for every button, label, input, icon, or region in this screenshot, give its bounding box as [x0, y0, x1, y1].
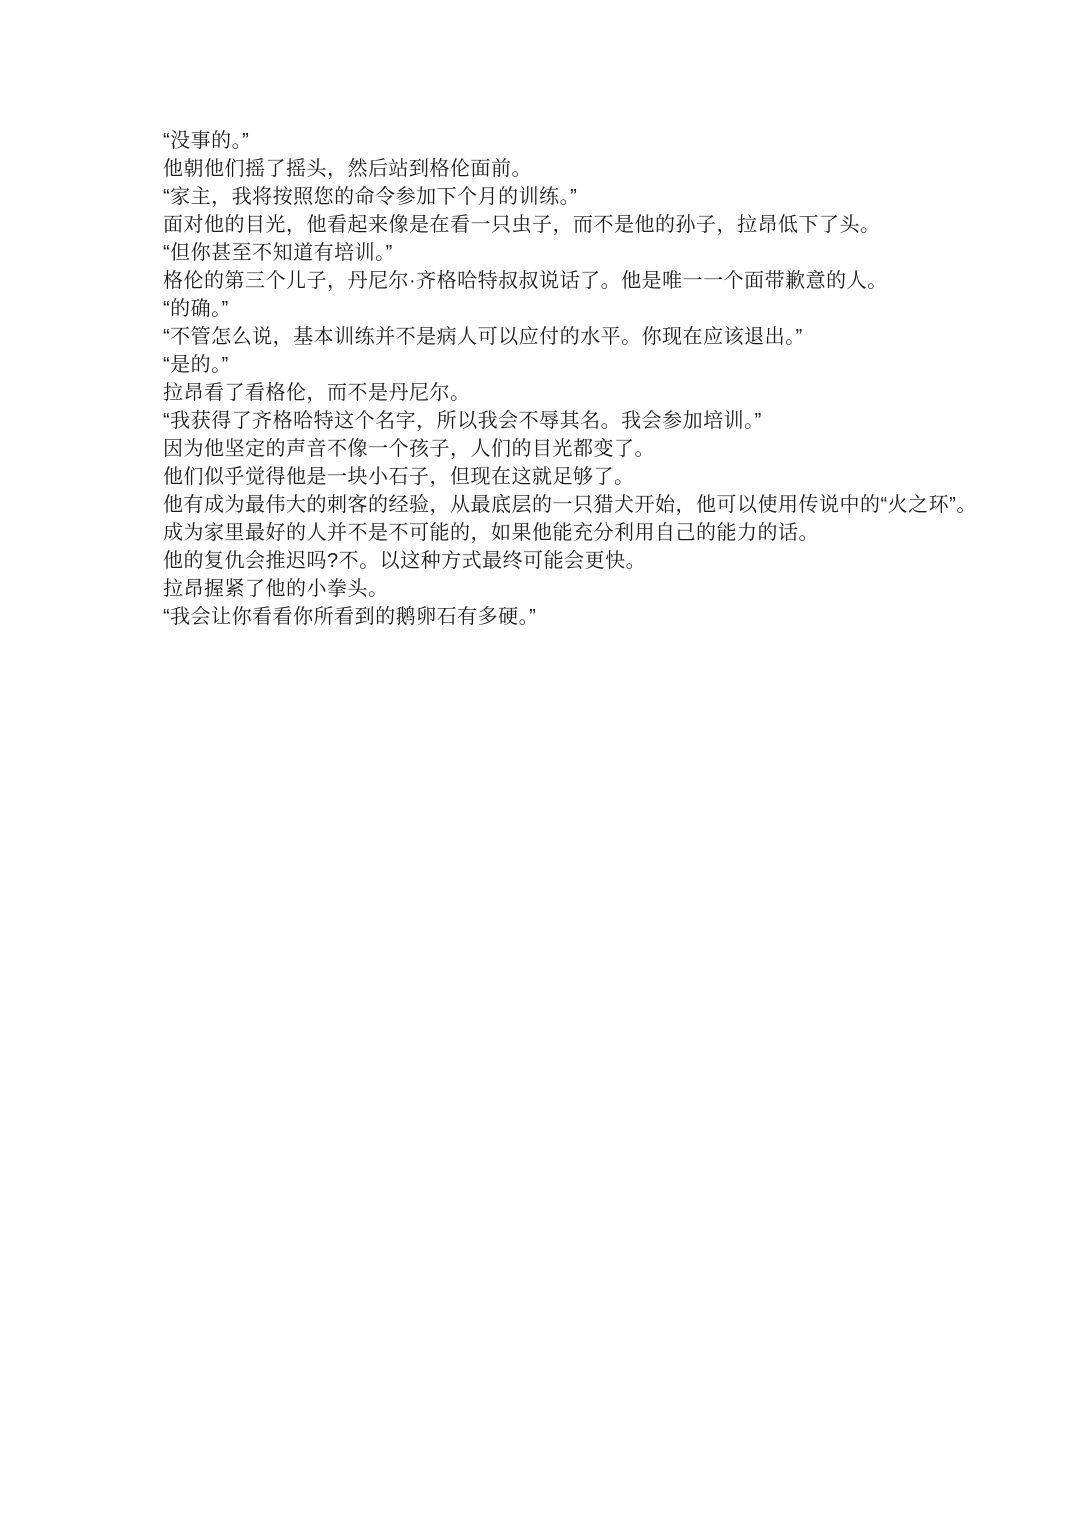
text-block: “没事的。” 他朝他们摇了摇头，然后站到格伦面前。 “家主，我将按照您的命令参加…	[163, 127, 943, 631]
text-line: “但你甚至不知道有培训。”	[163, 239, 943, 267]
text-line: “不管怎么说，基本训练并不是病人可以应付的水平。你现在应该退出。”	[163, 323, 943, 351]
text-line: 拉昂看了看格伦，而不是丹尼尔。	[163, 379, 943, 407]
text-line: 格伦的第三个儿子，丹尼尔·齐格哈特叔叔说话了。他是唯一一个面带歉意的人。	[163, 267, 943, 295]
text-line: 因为他坚定的声音不像一个孩子，人们的目光都变了。	[163, 435, 943, 463]
text-line: 拉昂握紧了他的小拳头。	[163, 575, 943, 603]
text-line: 成为家里最好的人并不是不可能的，如果他能充分利用自己的能力的话。	[163, 519, 943, 547]
text-line: “的确。”	[163, 295, 943, 323]
text-line: “我获得了齐格哈特这个名字，所以我会不辱其名。我会参加培训。”	[163, 407, 943, 435]
text-line: 他有成为最伟大的刺客的经验，从最底层的一只猎犬开始，他可以使用传说中的“火之环”…	[163, 491, 943, 519]
text-line: 他们似乎觉得他是一块小石子，但现在这就足够了。	[163, 463, 943, 491]
text-line: “是的。”	[163, 351, 943, 379]
document-page: “没事的。” 他朝他们摇了摇头，然后站到格伦面前。 “家主，我将按照您的命令参加…	[0, 0, 1074, 1519]
text-line: “我会让你看看你所看到的鹅卵石有多硬。”	[163, 603, 943, 631]
text-line: 他朝他们摇了摇头，然后站到格伦面前。	[163, 155, 943, 183]
text-line: “没事的。”	[163, 127, 943, 155]
text-line: 他的复仇会推迟吗?不。以这种方式最终可能会更快。	[163, 547, 943, 575]
text-line: 面对他的目光，他看起来像是在看一只虫子，而不是他的孙子，拉昂低下了头。	[163, 211, 943, 239]
text-line: “家主，我将按照您的命令参加下个月的训练。”	[163, 183, 943, 211]
